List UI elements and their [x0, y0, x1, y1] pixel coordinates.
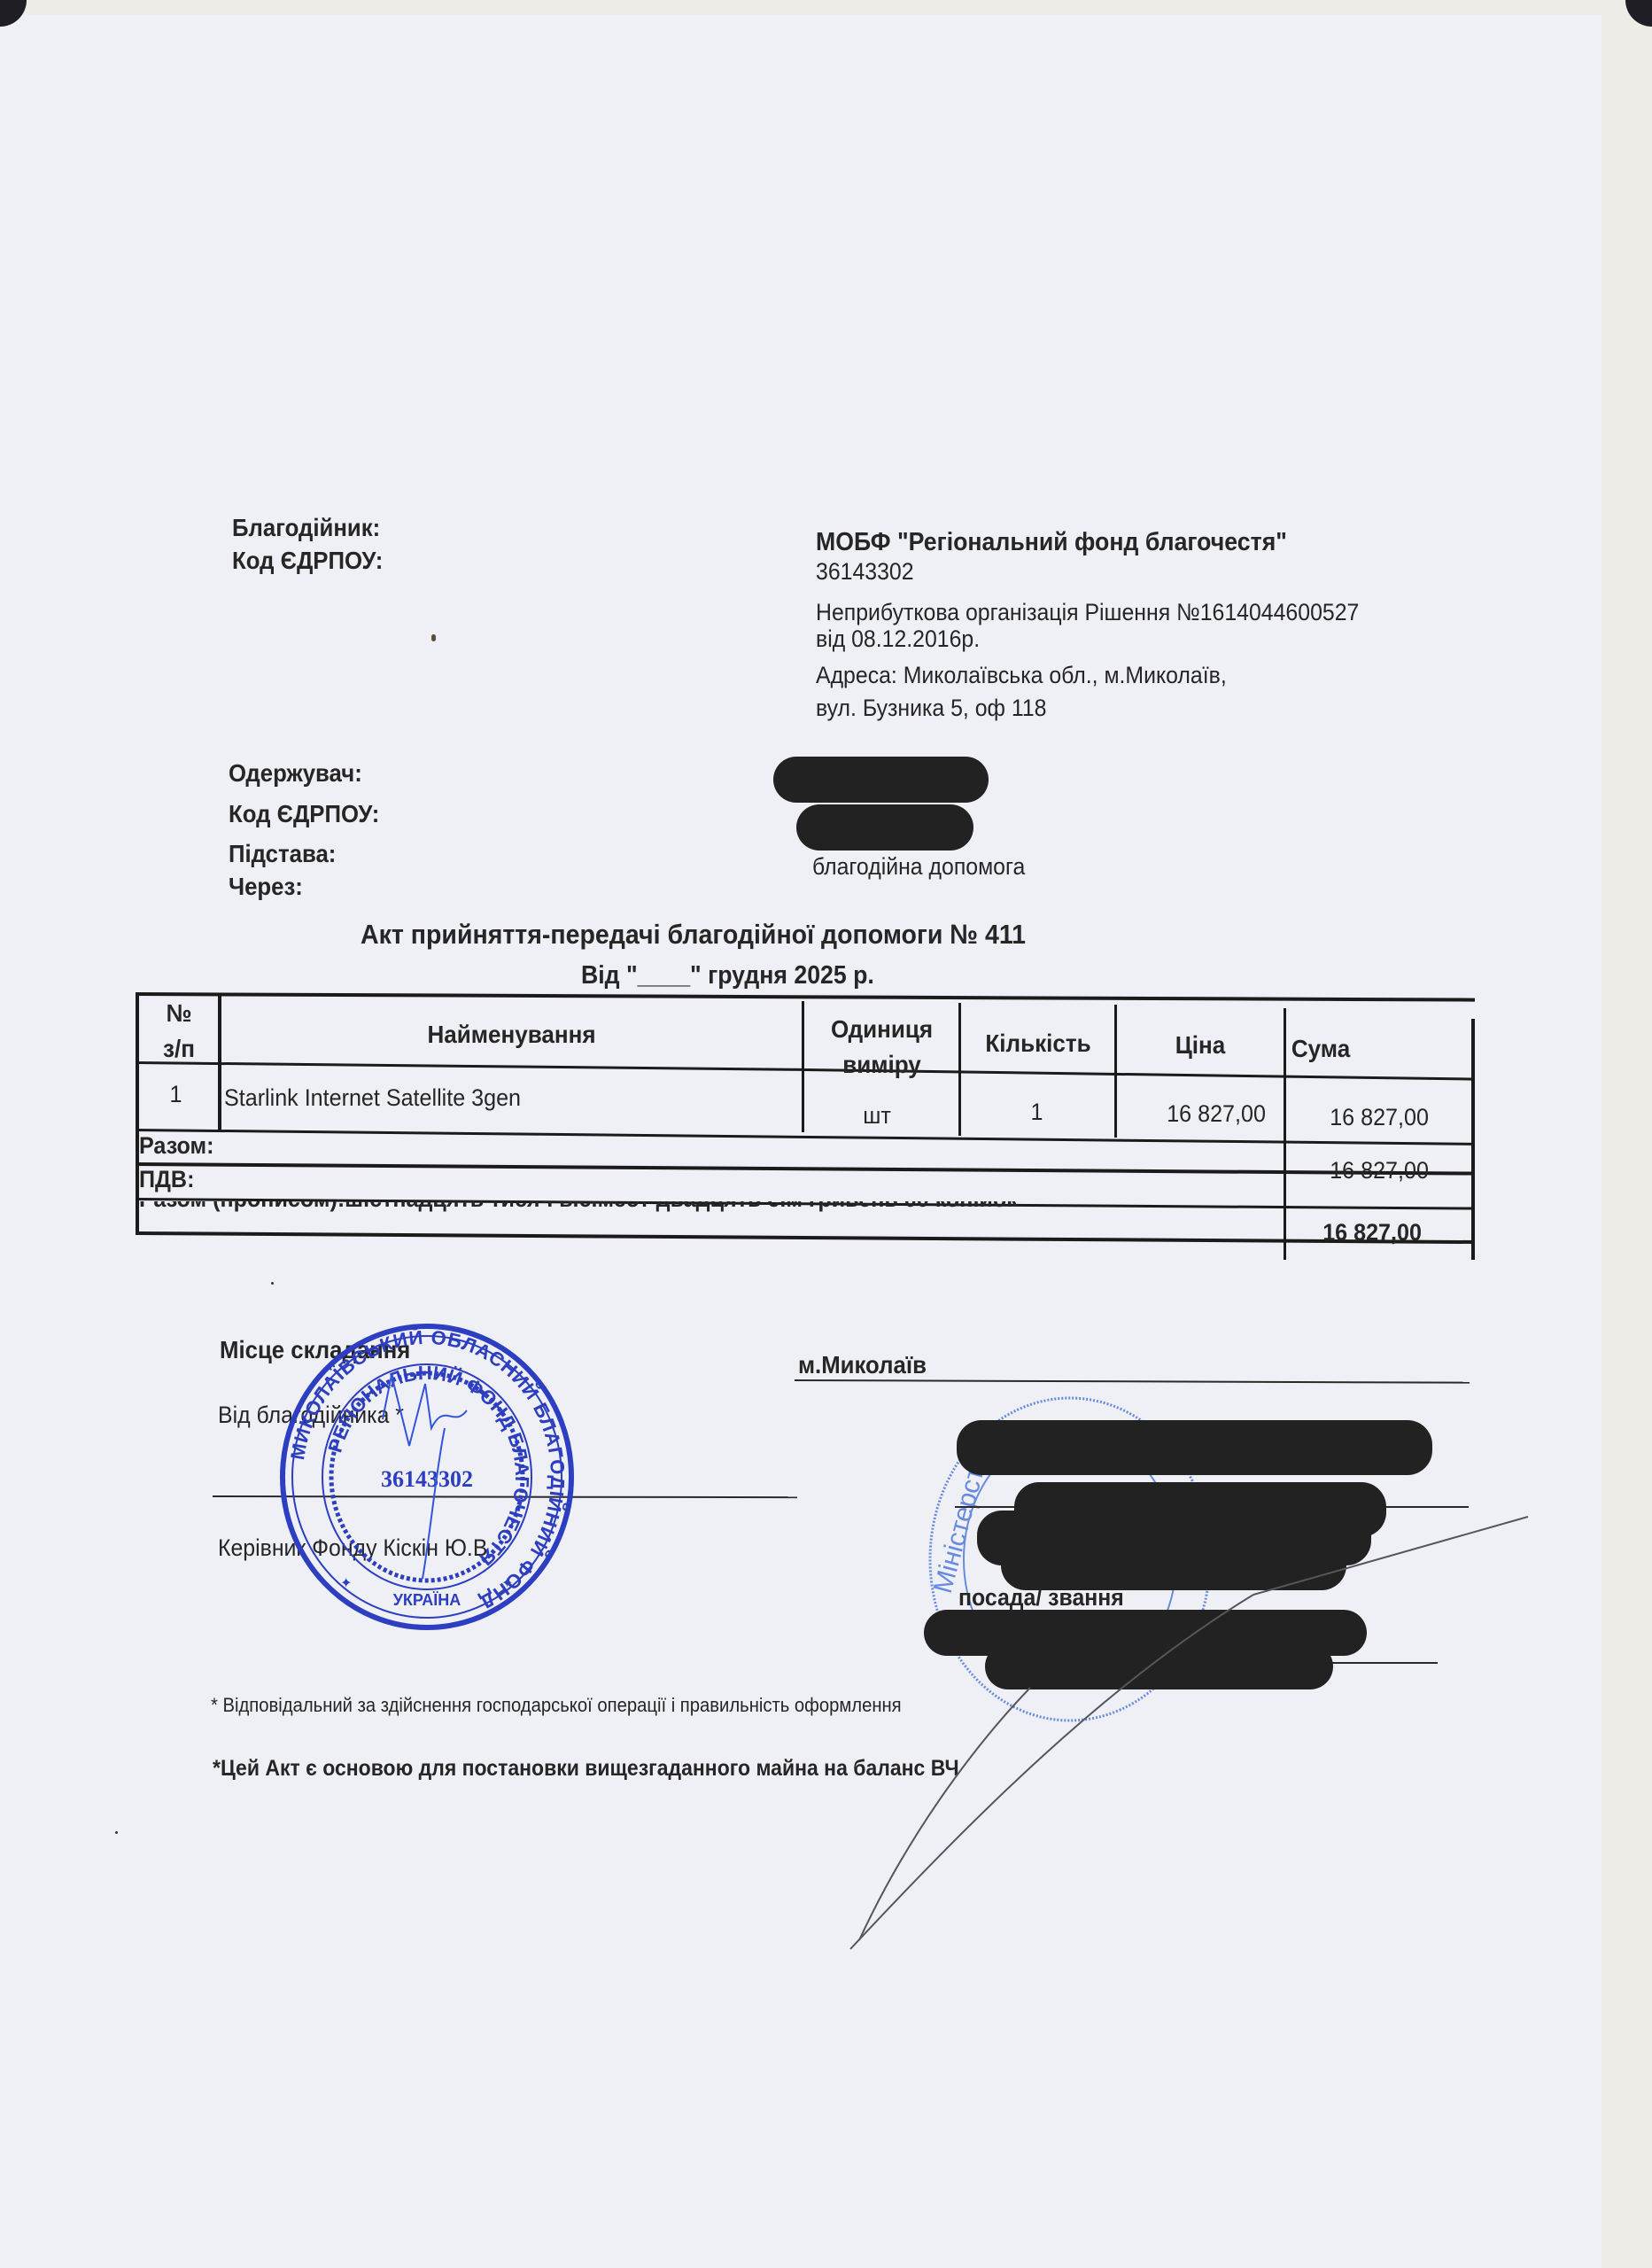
- donor-stamp: МИКОЛАЇВСЬКИЙ ОБЛАСНИЙ БЛАГОДІЙНИЙ ФОНД …: [276, 1322, 578, 1632]
- row-sum: 16 827,00: [1330, 1104, 1429, 1131]
- donor-name: МОБФ "Регіональний фонд благочестя": [816, 528, 1287, 557]
- donor-code: 36143302: [816, 558, 914, 586]
- row-name: Starlink Internet Satellite 3gen: [224, 1084, 521, 1112]
- header-name: Найменування: [242, 1017, 781, 1052]
- scan-speck: [431, 634, 436, 641]
- scan-speck: [115, 1831, 118, 1834]
- total-label: Разом:: [139, 1132, 213, 1160]
- grand-total: 16 827,00: [1322, 1219, 1422, 1247]
- redacted-recipient-line6: [985, 1643, 1333, 1689]
- redacted-recipient-code: [796, 804, 973, 850]
- donor-code-label: Код ЄДРПОУ:: [232, 547, 383, 575]
- act-date: Від "____" грудня 2025 р.: [581, 961, 874, 990]
- row-price: 16 827,00: [1167, 1100, 1266, 1128]
- svg-text:36143302: 36143302: [381, 1466, 473, 1492]
- via-label: Через:: [229, 873, 303, 901]
- place-value: м.Миколаїв: [798, 1351, 927, 1379]
- donor-label: Благодійник:: [232, 514, 380, 542]
- act-title: Акт прийняття-передачі благодійної допом…: [361, 919, 1026, 951]
- vat-label: ПДВ:: [139, 1166, 194, 1193]
- row-qty: 1: [1031, 1099, 1043, 1126]
- donor-nonprofit-status: Неприбуткова організація Рішення №161404…: [816, 599, 1359, 626]
- items-table: № з/п Найменування Одиниця виміру Кількі…: [136, 992, 1475, 1262]
- redacted-recipient-name: [773, 757, 989, 803]
- position-label: посада/ звання: [958, 1584, 1124, 1612]
- header-num: № з/п: [142, 996, 216, 1067]
- scan-corner-shadow: [1625, 0, 1652, 27]
- basis-label: Підстава:: [229, 840, 336, 868]
- donor-address-line1: Адреса: Миколаївська обл., м.Миколаїв,: [816, 662, 1227, 689]
- svg-text:✦: ✦: [501, 1576, 513, 1591]
- svg-text:УКРАЇНА: УКРАЇНА: [393, 1591, 461, 1609]
- total-in-words: Разом (прописом):шістнадцять тисяч вісім…: [139, 1201, 1018, 1213]
- total-value: 16 827,00: [1330, 1157, 1429, 1184]
- redacted-recipient-line4: [1001, 1537, 1346, 1590]
- header-qty: Кількість: [966, 1026, 1110, 1061]
- header-sum: Сума: [1288, 1031, 1353, 1067]
- basis-value: благодійна допомога: [812, 853, 1025, 881]
- words-clip: Разом (прописом):шістнадцять тисяч вісім…: [139, 1201, 1282, 1216]
- header-price: Ціна: [1123, 1028, 1278, 1063]
- svg-text:✦: ✦: [340, 1576, 352, 1591]
- footnote-balance: *Цей Акт є основою для постановки вищезг…: [213, 1756, 959, 1782]
- row-unit: шт: [863, 1102, 891, 1130]
- recipient-label: Одержувач:: [229, 759, 362, 788]
- row-num: 1: [170, 1081, 182, 1108]
- header-unit: Одиниця виміру: [810, 1012, 954, 1083]
- recipient-code-label: Код ЄДРПОУ:: [229, 800, 379, 828]
- donor-nonprofit-date: від 08.12.2016р.: [816, 625, 980, 653]
- redacted-recipient-line1: [957, 1420, 1432, 1475]
- scan-speck: [271, 1282, 274, 1285]
- footnote-responsible: * Відповідальний за здійснення господарс…: [211, 1694, 902, 1717]
- donor-address-line2: вул. Бузника 5, оф 118: [816, 695, 1046, 722]
